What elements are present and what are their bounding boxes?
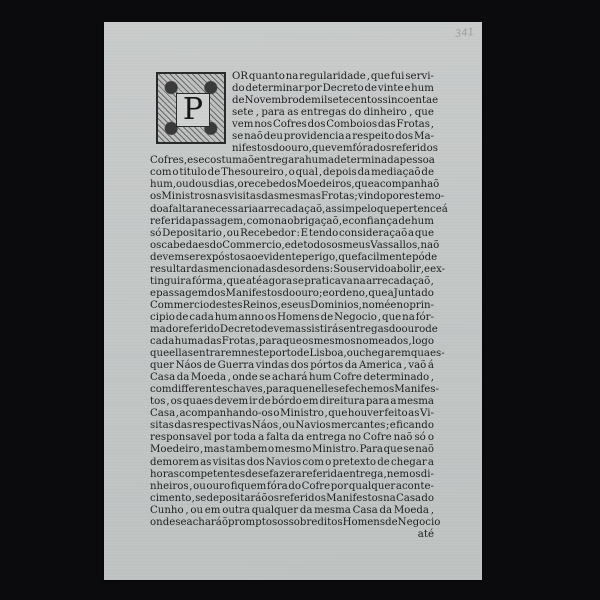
text-line: dodeterminarporDecretodevinteehum <box>232 83 434 95</box>
text-line: responsavelportodaafaltadaentreganoCofre… <box>150 432 434 444</box>
decree-text: ORquantonaregularidade,quefuiservi-dodet… <box>150 71 434 541</box>
text-line: comdifferenteschaves,paraquenellesefeche… <box>150 384 434 396</box>
text-line: Moedeiro,mastambemomesmoMinistro.Paraque… <box>150 444 434 456</box>
text-line: hum,oudousdias,orecebedosMoedeiros,queac… <box>150 179 434 191</box>
text-line: resultardasmencionadasdesordens:Souservi… <box>150 264 434 276</box>
catchword: até <box>150 529 434 541</box>
text-line: vemnosCofresdosComboiosdasFrotas, <box>232 119 434 131</box>
text-line: oscabedaesdoCommercio,edetodososmeusVass… <box>150 240 434 252</box>
text-line: demoremasvisitasdosNavioscomopretextodec… <box>150 457 434 469</box>
text-line: sitasdasrespectivasNáos,ouNaviosmercante… <box>150 420 434 432</box>
text-line: queellasentraremnesteportodeLisboa,ouche… <box>150 348 434 360</box>
folio-annotation: 341 <box>454 27 474 40</box>
text-line: Casa,acompanhando-osoMinistro,quehouverf… <box>150 408 434 420</box>
text-line: Cunho,ouemoutraqualquerdamesmaCasadaMoed… <box>150 505 434 517</box>
text-line: senaõdeuprovidenciaarespeitodosMa- <box>232 131 434 143</box>
text-line: nheiros,ouourofiquemfóradoCofreporqualqu… <box>150 481 434 493</box>
text-line: sóDepositario,ouRecebedor:Etendoconsider… <box>150 228 434 240</box>
text-line: nifestosdoouro,quevemfóradosreferidos <box>232 143 434 155</box>
text-line: epassagemdosManifestosdoouro;eordeno,que… <box>150 288 434 300</box>
text-line: cipiodecadahumannoosHomensdeNegocio,quen… <box>150 312 434 324</box>
document-page: 341 P ORquantonaregularidade,quefuiservi… <box>104 22 482 580</box>
text-line: Cofres,esecostumaõentregarahumadetermina… <box>150 155 434 167</box>
text-line: madoreferidoDecretodevemassistirásentreg… <box>150 324 434 336</box>
text-line: CommerciodestesReinos,eseusDominios,nomé… <box>150 300 434 312</box>
text-line: comotitulodeThesoureiro,oqual,depoisdame… <box>150 167 434 179</box>
text-line: devemserexpóstosaoevidenteperigo,quefaci… <box>150 252 434 264</box>
text-line: tinguirafórma,queatéagorasepraticavanaar… <box>150 276 434 288</box>
text-line: CasadaMoeda,ondeseacharáhumCofredetermin… <box>150 372 434 384</box>
text-line: sete,paraasentregasdodinheiro,que <box>232 107 434 119</box>
text-line: cadahumadasFrotas,paraqueosmesmosnomeado… <box>150 336 434 348</box>
text-line: querNáosdeGuerravindasdospórtosdaAmerica… <box>150 360 434 372</box>
text-line: tos,osquaesdevemirdebórdoemdireiturapara… <box>150 396 434 408</box>
text-line: referidapassagem,comonaobrigaçaõ,econfia… <box>150 216 434 228</box>
text-line: doafaltaranecessariaarrecadaçaõ,assimpel… <box>150 204 434 216</box>
text-line: ORquantonaregularidade,quefuiservi- <box>232 71 434 83</box>
text-line: ondeseacharáõpromptosossobreditosHomensd… <box>150 517 434 529</box>
text-line: cimento,sedepositaráõosreferidosManifest… <box>150 493 434 505</box>
text-line: horascompetentesdesefazerareferidaentreg… <box>150 469 434 481</box>
text-line: osMinistrosnasvisitasdasmesmasFrotas;vin… <box>150 191 434 203</box>
text-line: deNovembrodemilsetecentossincoentae <box>232 95 434 107</box>
